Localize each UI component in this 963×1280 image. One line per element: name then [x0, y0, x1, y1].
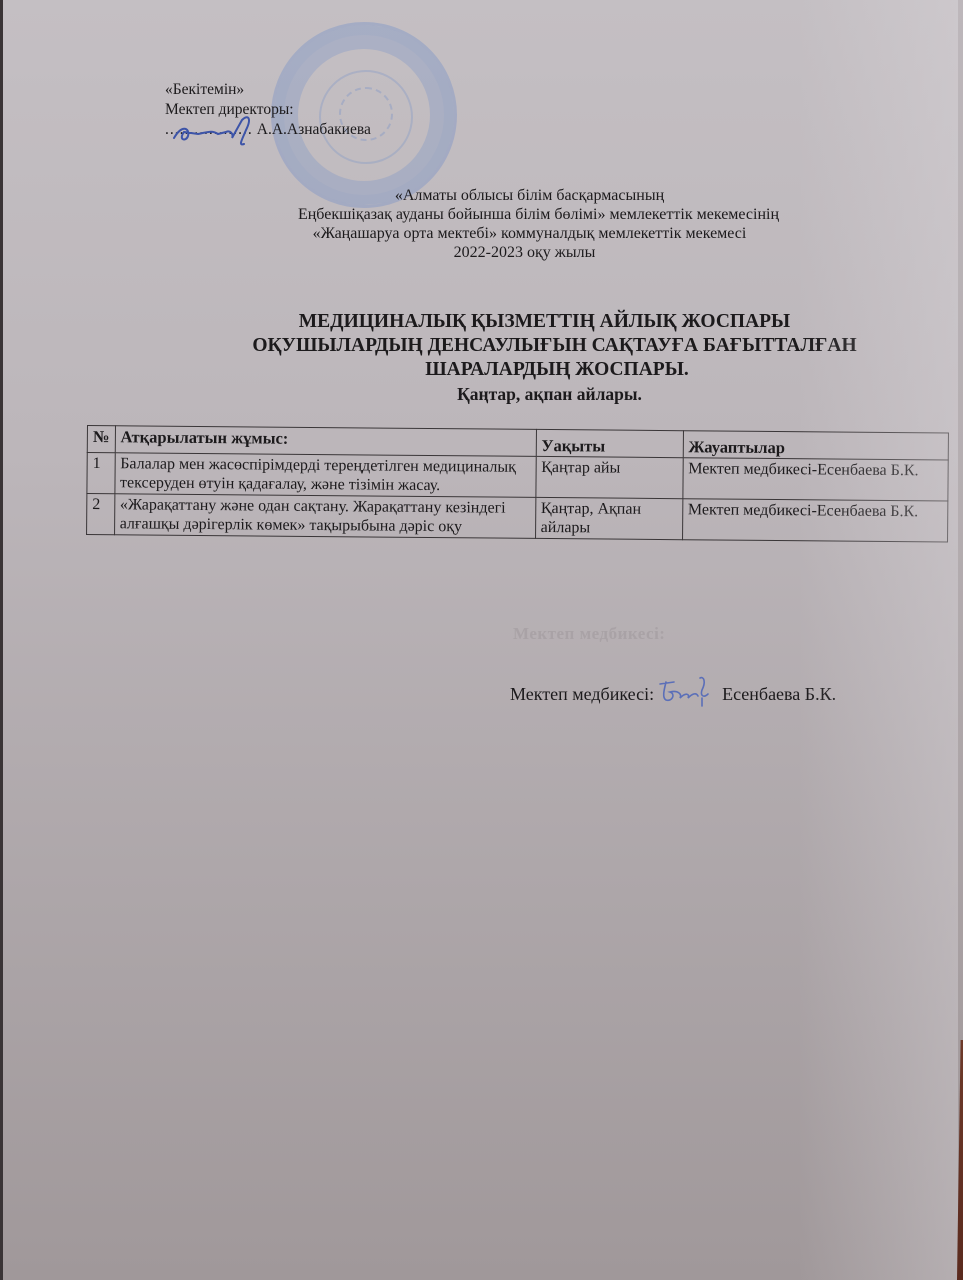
document-sheet: «Бекітемін» Мектеп директоры: ..........…: [3, 0, 958, 1280]
org-line-1: «Алматы облысы білім басқармасының: [93, 186, 963, 205]
org-line-3: «Жаңашаруа орта мектебі» коммуналдық мем…: [93, 224, 963, 243]
row-responsible: Мектеп медбикесі-Есенбаева Б.К.: [682, 458, 948, 501]
row-task: «Жарақаттану және одан сақтану. Жарақатт…: [114, 494, 535, 539]
org-line-2: Еңбекшіқазақ ауданы бойынша білім бөлімі…: [111, 205, 963, 224]
header-responsible: Жауаптылар: [683, 431, 949, 460]
nurse-signature-block: Мектеп медбикесі: Есенбаева Б.К.: [510, 666, 836, 705]
table-row: 2 «Жарақаттану және одан сақтану. Жарақа…: [87, 494, 948, 543]
header-time: Уақыты: [536, 429, 683, 457]
row-time: Қаңтар айы: [535, 456, 682, 498]
row-num: 2: [87, 494, 115, 535]
approved-label: «Бекітемін»: [165, 80, 371, 100]
nurse-name: Есенбаева Б.К.: [722, 684, 836, 705]
row-time: Қаңтар, Ақпан айлары: [535, 497, 682, 539]
nurse-signature-icon: [656, 674, 716, 708]
row-task: Балалар мен жасөспірімдерді тереңдетілге…: [114, 453, 535, 498]
title-line-1: МЕДИЦИНАЛЫҚ ҚЫЗМЕТТІҢ АЙЛЫҚ ЖОСПАРЫ: [123, 310, 963, 334]
show-through-text: Мектеп медбикесі:: [513, 624, 665, 644]
nurse-label: Мектеп медбикесі:: [510, 684, 654, 705]
row-responsible: Мектеп медбикесі-Есенбаева Б.К.: [682, 499, 948, 542]
title-line-2: ОҚУШЫЛАРДЫҢ ДЕНСАУЛЫҒЫН САҚТАУҒА БАҒЫТТА…: [143, 334, 963, 358]
plan-table: № Атқарылатын жұмыс: Уақыты Жауаптылар 1…: [86, 425, 949, 543]
header-task: Атқарылатын жұмыс:: [115, 426, 536, 457]
director-signature-icon: [168, 110, 278, 150]
document-title: МЕДИЦИНАЛЫҚ ҚЫЗМЕТТІҢ АЙЛЫҚ ЖОСПАРЫ ОҚУШ…: [3, 310, 963, 406]
title-period: Қаңтар, ақпан айлары.: [133, 382, 963, 406]
title-line-3: ШАРАЛАРДЫҢ ЖОСПАРЫ.: [148, 358, 963, 382]
row-num: 1: [87, 453, 115, 494]
header-num: №: [87, 426, 115, 453]
organization-header: «Алматы облысы білім басқармасының Еңбек…: [3, 186, 963, 262]
academic-year: 2022-2023 оқу жылы: [83, 243, 963, 262]
